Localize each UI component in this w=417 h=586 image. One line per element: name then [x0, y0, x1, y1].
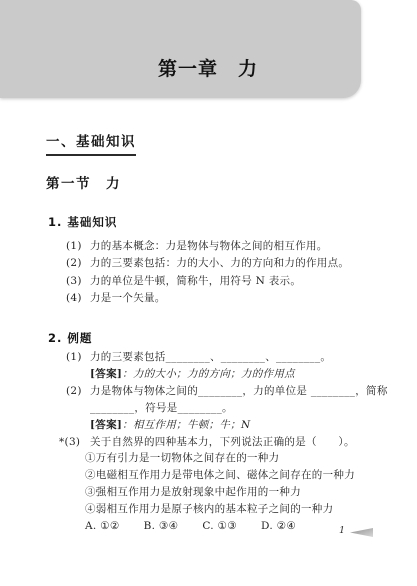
- item-text: 力的单位是牛顿，简称牛，用符号 N 表示。: [90, 275, 301, 287]
- choice-statement-4: ④弱相互作用力是原子核内的基本粒子之间的一种力: [66, 501, 414, 518]
- answer-label: [答案]: [90, 368, 122, 380]
- basics-heading: 1. 基础知识: [48, 214, 117, 230]
- chapter-title: 第一章 力: [158, 54, 258, 81]
- answer-text: ：相互作用；牛顿；牛；N: [122, 419, 250, 431]
- option-b: B. ③④: [144, 518, 179, 535]
- list-item: (1)力的基本概念：力是物体与物体之间的相互作用。: [66, 238, 411, 255]
- example-question-2: (2)力是物体与物体之间的________，力的单位是 ________，简称: [66, 383, 414, 400]
- list-item: (3)力的单位是牛顿，简称牛，用符号 N 表示。: [66, 273, 411, 290]
- answer-label: [答案]: [90, 419, 122, 431]
- chapter-header-banner: 第一章 力: [0, 0, 361, 98]
- examples-body: (1)力的三要素包括________、________、________。 [答…: [66, 349, 414, 535]
- choice-statement-2: ②电磁相互作用力是带电体之间、磁体之间存在的一种力: [66, 467, 414, 484]
- choice-statement-1: ①万有引力是一切物体之间存在的一种力: [66, 450, 414, 467]
- option-d: D. ②④: [261, 518, 296, 535]
- unit-heading: 一、基础知识: [46, 130, 136, 156]
- lesson-heading: 第一节 力: [46, 172, 121, 192]
- question-text: 力是物体与物体之间的________，力的单位是 ________，简称: [90, 385, 388, 397]
- item-marker: (3): [66, 273, 90, 290]
- list-item: (2)力的三要素包括：力的大小、力的方向和力的作用点。: [66, 255, 411, 272]
- example-answer-1: [答案]：力的大小；力的方向；力的作用点: [66, 366, 414, 383]
- option-c: C. ①③: [202, 518, 237, 535]
- basics-list: (1)力的基本概念：力是物体与物体之间的相互作用。 (2)力的三要素包括：力的大…: [66, 238, 411, 308]
- question-text: 关于自然界的四种基本力，下列说法正确的是（ ）。: [90, 436, 355, 448]
- item-text: 力的基本概念：力是物体与物体之间的相互作用。: [90, 240, 328, 252]
- option-a: A. ①②: [85, 518, 120, 535]
- question-text: 力的三要素包括________、________、________。: [90, 351, 331, 363]
- choice-statement-3: ③强相互作用力是放射现象中起作用的一种力: [66, 484, 414, 501]
- example-question-2-continued: ________，符号是________。: [66, 400, 414, 417]
- item-text: 力的三要素包括：力的大小、力的方向和力的作用点。: [90, 257, 349, 269]
- page-number: 1: [339, 525, 345, 536]
- example-answer-2: [答案]：相互作用；牛顿；牛；N: [66, 417, 414, 434]
- list-item: (4)力是一个矢量。: [66, 290, 411, 307]
- question-text: ________，符号是________。: [90, 402, 233, 414]
- item-marker: (1): [66, 238, 90, 255]
- item-marker: (4): [66, 290, 90, 307]
- example-question-1: (1)力的三要素包括________、________、________。: [66, 349, 414, 366]
- item-text: 力是一个矢量。: [90, 292, 166, 304]
- item-marker-starred: *(3): [59, 434, 90, 451]
- item-marker: (1): [66, 349, 90, 366]
- example-question-3: *(3)关于自然界的四种基本力，下列说法正确的是（ ）。: [66, 434, 414, 451]
- examples-heading: 2. 例题: [48, 330, 92, 346]
- answer-text: ：力的大小；力的方向；力的作用点: [122, 368, 295, 380]
- item-marker: (2): [66, 255, 90, 272]
- item-marker: (2): [66, 383, 90, 400]
